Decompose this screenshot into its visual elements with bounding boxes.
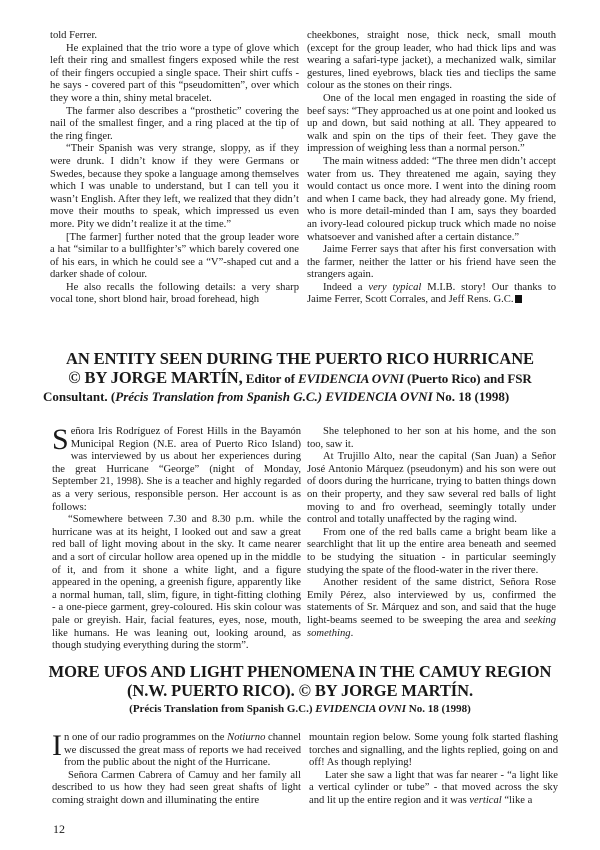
article3-header: MORE UFOS AND LIGHT PHENOMENA IN THE CAM… <box>40 662 560 717</box>
first-paragraph: In one of our radio programmes on the No… <box>52 732 301 770</box>
paragraph: Señora Carmen Cabrera of Camuy and her f… <box>52 770 301 808</box>
drop-cap: I <box>52 734 62 758</box>
paragraph: “Their Spanish was very strange, sloppy,… <box>50 143 299 231</box>
article3-title-line2: (N.W. PUERTO RICO). © BY JORGE MARTÍN. <box>40 681 560 700</box>
paragraph: Jaime Ferrer says that after his first c… <box>307 244 556 282</box>
paragraph: From one of the red balls came a bright … <box>307 527 556 577</box>
paragraph: The farmer also describes a “prosthetic”… <box>50 106 299 144</box>
article2-byline-2: Consultant. (Précis Translation from Spa… <box>40 388 560 405</box>
paragraph: mountain region below. Some young folk s… <box>309 732 558 770</box>
paragraph: One of the local men engaged in roasting… <box>307 93 556 156</box>
article1-right-column: cheekbones, straight nose, thick neck, s… <box>307 30 556 307</box>
article3-left-column: In one of our radio programmes on the No… <box>52 732 301 808</box>
article3-right-column: mountain region below. Some young folk s… <box>309 732 558 808</box>
first-paragraph: Señora Iris Rodríguez of Forest Hills in… <box>52 426 301 514</box>
article1-left-column: told Ferrer. He explained that the trio … <box>50 30 299 307</box>
closing-paragraph: Indeed a very typical M.I.B. story! Our … <box>307 282 556 307</box>
page-number: 12 <box>53 822 65 837</box>
end-of-article-mark-icon <box>515 295 522 303</box>
article2-header: AN ENTITY SEEN DURING THE PUERTO RICO HU… <box>40 349 560 405</box>
paragraph: At Trujillo Alto, near the capital (San … <box>307 451 556 527</box>
article2-left-column: Señora Iris Rodríguez of Forest Hills in… <box>52 426 301 653</box>
drop-cap: S <box>52 428 69 452</box>
paragraph: [The farmer] further noted that the grou… <box>50 232 299 282</box>
paragraph: The main witness added: “The three men d… <box>307 156 556 244</box>
article2-title: AN ENTITY SEEN DURING THE PUERTO RICO HU… <box>40 349 560 368</box>
article2-byline: © BY JORGE MARTÍN, Editor of EVIDENCIA O… <box>40 368 560 388</box>
paragraph: He explained that the trio wore a type o… <box>50 43 299 106</box>
paragraph: told Ferrer. <box>50 30 299 43</box>
paragraph: He also recalls the following details: a… <box>50 282 299 307</box>
paragraph: Later she saw a light that was far neare… <box>309 770 558 808</box>
article3-title: MORE UFOS AND LIGHT PHENOMENA IN THE CAM… <box>40 662 560 681</box>
article2-right-column: She telephoned to her son at his home, a… <box>307 426 556 640</box>
paragraph: cheekbones, straight nose, thick neck, s… <box>307 30 556 93</box>
paragraph: “Somewhere between 7.30 and 8.30 p.m. wh… <box>52 514 301 653</box>
paragraph: Another resident of the same district, S… <box>307 577 556 640</box>
article3-subtitle: (Précis Translation from Spanish G.C.) E… <box>40 702 560 717</box>
paragraph: She telephoned to her son at his home, a… <box>307 426 556 451</box>
